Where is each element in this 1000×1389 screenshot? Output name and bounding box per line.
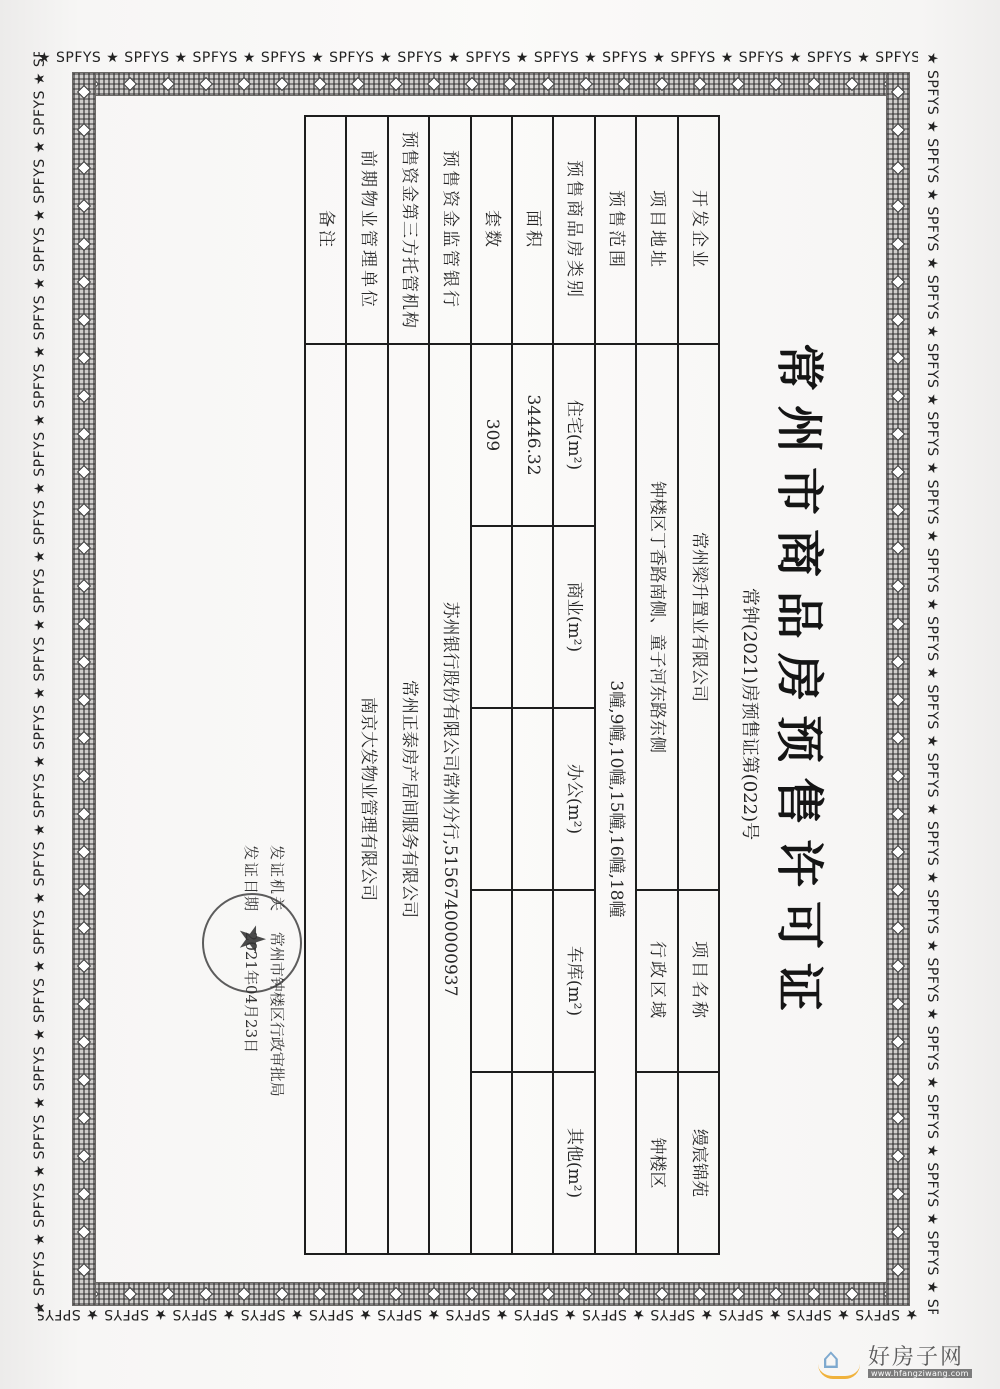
ornament-diamond-icon [77,1263,91,1277]
ornament-diamond-icon [77,1225,91,1239]
watermark-url: www.hfangziwang.com [868,1369,972,1378]
certificate-number: 常钟(2021)房预售证第(022)号 [738,115,764,1253]
ornament-diamond-icon [891,1263,905,1277]
ornament-diamond-icon [731,77,745,91]
project-name-value: 缦宸锦苑 [678,1072,719,1254]
ornament-diamond-icon [465,1287,479,1301]
custodian-label: 预售资金第三方托管机构 [388,116,429,344]
ornament-diamond-icon [275,77,289,91]
ornament-diamond-icon [313,1287,327,1301]
area-3 [512,890,553,1072]
project-name-label: 项目名称 [678,890,719,1072]
ornament-diamond-icon [161,1287,175,1301]
district-label: 行政区域 [636,890,677,1072]
ornament-diamond-icon [77,693,91,707]
ornament-diamond-icon [77,199,91,213]
ornament-diamond-icon [891,313,905,327]
ornament-diamond-icon [891,921,905,935]
ornament-diamond-icon [891,769,905,783]
ornament-diamond-icon [891,465,905,479]
ornament-diamond-icon [891,1149,905,1163]
ornament-diamond-icon [77,1073,91,1087]
scope-value: 3幢,9幢,10幢,15幢,16幢,18幢 [595,344,636,1254]
area-4 [512,1072,553,1254]
ornament-diamond-icon [465,77,479,91]
ornament-diamond-icon [579,1287,593,1301]
ornament-diamond-icon [77,541,91,555]
ornament-diamond-icon [427,77,441,91]
ornament-diamond-icon [891,579,905,593]
certificate-table: 开发企业 常州梁升置业有限公司 项目名称 缦宸锦苑 项目地址 钟楼区丁香路南侧、… [304,115,720,1255]
ornament-diamond-icon [77,959,91,973]
ornament-diamond-icon [541,1287,555,1301]
ornament-diamond-icon [77,921,91,935]
address-value: 钟楼区丁香路南侧、童子河东路东侧 [636,344,677,890]
ornament-diamond-icon [655,77,669,91]
ornament-diamond-icon [693,77,707,91]
ornament-diamond-icon [891,845,905,859]
watermark-name: 好房子网 [868,1340,964,1371]
ornament-diamond-icon [891,959,905,973]
ornamental-border-left [72,72,96,1306]
watermark-logo: ⌂ 好房子网 www.hfangziwang.com [818,1340,994,1384]
ornament-diamond-icon [617,77,631,91]
ornament-diamond-icon [891,693,905,707]
ornament-diamond-icon [891,351,905,365]
ornament-diamond-icon [891,655,905,669]
remarks-value [305,344,346,1254]
row-developer: 开发企业 常州梁升置业有限公司 项目名称 缦宸锦苑 [678,116,719,1254]
escrow-bank-label: 预售资金监管银行 [429,116,470,344]
units-label: 套数 [471,116,512,344]
ornament-diamond-icon [123,77,137,91]
ornament-diamond-icon [77,123,91,137]
ornament-diamond-icon [807,77,821,91]
category-4: 其他(m²) [553,1072,594,1254]
issue-date-label: 发证日期 [242,845,260,913]
ornament-diamond-icon [891,237,905,251]
ornament-diamond-icon [891,1111,905,1125]
ornament-diamond-icon [891,199,905,213]
ornament-diamond-icon [769,1287,783,1301]
ornament-diamond-icon [541,77,555,91]
issuer-block: 发证机关 常州市钟楼区行政审批局 发证日期 2021年04月23日 [238,845,290,1097]
ornament-diamond-icon [891,275,905,289]
ornament-diamond-icon [891,389,905,403]
ornament-diamond-icon [77,1149,91,1163]
ornament-diamond-icon [693,1287,707,1301]
spfys-border-right: ★ SPFYS ★ SPFYS ★ SPFYS ★ SPFYS ★ SPFYS … [924,52,940,1314]
property-mgmt-value: 南京大发物业管理有限公司 [346,344,387,1254]
spfys-border-left: ★ SPFYS ★ SPFYS ★ SPFYS ★ SPFYS ★ SPFYS … [32,52,48,1314]
ornament-diamond-icon [77,807,91,821]
area-0: 34446.32 [512,344,553,526]
ornament-diamond-icon [77,313,91,327]
ornament-diamond-icon [77,389,91,403]
units-2 [471,708,512,890]
ornament-diamond-icon [891,161,905,175]
ornament-diamond-icon [275,1287,289,1301]
ornament-diamond-icon [77,427,91,441]
row-remarks: 备注 [305,116,346,1254]
ornament-diamond-icon [77,237,91,251]
ornament-diamond-icon [891,427,905,441]
ornament-diamond-icon [891,85,905,99]
category-2: 办公(m²) [553,708,594,890]
escrow-bank-value: 苏州银行股份有限公司常州分行,51567400000937 [429,344,470,1254]
ornament-diamond-icon [891,1225,905,1239]
ornament-diamond-icon [77,845,91,859]
ornament-diamond-icon [77,1187,91,1201]
ornament-diamond-icon [351,77,365,91]
ornament-diamond-icon [845,77,859,91]
area-label: 面积 [512,116,553,344]
category-label: 预售商品房类别 [553,116,594,344]
ornament-diamond-icon [655,1287,669,1301]
ornament-diamond-icon [77,769,91,783]
ornament-diamond-icon [891,1035,905,1049]
row-units: 套数 309 [471,116,512,1254]
ornament-diamond-icon [351,1287,365,1301]
developer-label: 开发企业 [678,116,719,344]
ornament-diamond-icon [77,1111,91,1125]
row-area: 面积 34446.32 [512,116,553,1254]
category-3: 车库(m²) [553,890,594,1072]
address-label: 项目地址 [636,116,677,344]
ornament-diamond-icon [891,1073,905,1087]
ornament-diamond-icon [77,503,91,517]
custodian-value: 常州正泰房产居间服务有限公司 [388,344,429,1254]
swoosh-icon [818,1364,860,1379]
ornament-diamond-icon [891,541,905,555]
category-0: 住宅(m²) [553,344,594,526]
units-4 [471,1072,512,1254]
ornament-diamond-icon [891,123,905,137]
remarks-label: 备注 [305,116,346,344]
units-3 [471,890,512,1072]
issue-date-value: 2021年04月23日 [242,932,260,1053]
category-1: 商业(m²) [553,526,594,708]
ornament-diamond-icon [503,1287,517,1301]
issuing-authority-value: 常州市钟楼区行政审批局 [268,932,286,1097]
spfys-border-bottom: ★ SPFYS ★ SPFYS ★ SPFYS ★ SPFYS ★ SPFYS … [38,1306,918,1322]
scope-label: 预售范围 [595,116,636,344]
ornament-diamond-icon [891,1187,905,1201]
developer-value: 常州梁升置业有限公司 [678,344,719,890]
district-value: 钟楼区 [636,1072,677,1254]
property-mgmt-label: 前期物业管理单位 [346,116,387,344]
ornament-diamond-icon [77,465,91,479]
ornament-diamond-icon [313,77,327,91]
row-property-mgmt: 前期物业管理单位 南京大发物业管理有限公司 [346,116,387,1254]
ornament-diamond-icon [579,77,593,91]
ornament-diamond-icon [237,1287,251,1301]
ornamental-border-bottom [72,1282,910,1306]
ornament-diamond-icon [891,883,905,897]
ornament-diamond-icon [845,1287,859,1301]
ornament-diamond-icon [199,77,213,91]
ornament-diamond-icon [237,77,251,91]
area-1 [512,526,553,708]
ornament-diamond-icon [161,77,175,91]
ornament-diamond-icon [807,1287,821,1301]
spfys-border-top: ★ SPFYS ★ SPFYS ★ SPFYS ★ SPFYS ★ SPFYS … [38,50,918,66]
certificate-title: 常州市商品房预售许可证 [769,115,838,1253]
ornament-diamond-icon [891,503,905,517]
row-custodian: 预售资金第三方托管机构 常州正泰房产居间服务有限公司 [388,116,429,1254]
ornament-diamond-icon [77,655,91,669]
ornamental-border-top [72,72,910,96]
ornament-diamond-icon [389,77,403,91]
certificate-body: 常州市商品房预售许可证 常钟(2021)房预售证第(022)号 开发企业 常州梁… [115,115,720,1253]
ornament-diamond-icon [123,1287,137,1301]
ornament-diamond-icon [503,77,517,91]
ornament-diamond-icon [77,161,91,175]
ornament-diamond-icon [77,883,91,897]
ornament-diamond-icon [617,1287,631,1301]
ornament-diamond-icon [77,579,91,593]
ornament-diamond-icon [199,1287,213,1301]
row-category: 预售商品房类别 住宅(m²) 商业(m²) 办公(m²) 车库(m²) 其他(m… [553,116,594,1254]
ornament-diamond-icon [427,1287,441,1301]
area-2 [512,708,553,890]
row-escrow-bank: 预售资金监管银行 苏州银行股份有限公司常州分行,51567400000937 [429,116,470,1254]
issuing-authority-label: 发证机关 [268,845,286,913]
ornament-diamond-icon [389,1287,403,1301]
ornament-diamond-icon [891,731,905,745]
ornament-diamond-icon [891,807,905,821]
ornament-diamond-icon [77,731,91,745]
row-scope: 预售范围 3幢,9幢,10幢,15幢,16幢,18幢 [595,116,636,1254]
row-address: 项目地址 钟楼区丁香路南侧、童子河东路东侧 行政区域 钟楼区 [636,116,677,1254]
ornament-diamond-icon [731,1287,745,1301]
ornament-diamond-icon [77,1035,91,1049]
ornament-diamond-icon [77,997,91,1011]
ornament-diamond-icon [891,617,905,631]
ornamental-border-right [886,72,910,1306]
units-0: 309 [471,344,512,526]
ornament-diamond-icon [77,351,91,365]
ornament-diamond-icon [769,77,783,91]
ornament-diamond-icon [891,997,905,1011]
units-1 [471,526,512,708]
ornament-diamond-icon [77,85,91,99]
ornament-diamond-icon [77,617,91,631]
ornament-diamond-icon [77,275,91,289]
